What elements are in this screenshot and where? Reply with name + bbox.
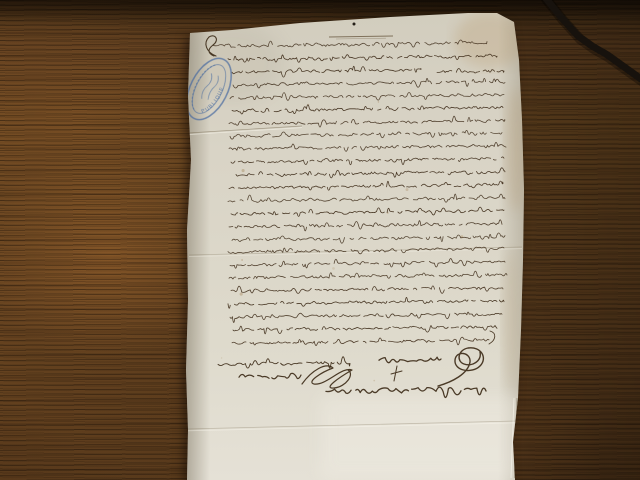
paper-stain xyxy=(180,22,284,102)
foxing-spot xyxy=(373,380,375,382)
foxing-spot xyxy=(378,101,380,103)
foxing-spot xyxy=(242,169,245,172)
paper-stain xyxy=(505,88,527,212)
paper-shadow-wrap: PUBLIQUE xyxy=(0,0,640,480)
foxing-spot xyxy=(406,188,409,191)
foxing-spot xyxy=(332,267,335,270)
photograph-manuscript-on-table: PUBLIQUE xyxy=(0,0,640,480)
paper-bottom-sheen xyxy=(320,396,520,480)
foxing-spot xyxy=(241,259,243,261)
pin-hole xyxy=(353,23,356,26)
paper-stain xyxy=(502,250,520,390)
paper-stain xyxy=(454,12,526,68)
foxing-spot xyxy=(240,293,243,296)
manuscript-paper: PUBLIQUE xyxy=(0,0,640,480)
foxing-spot xyxy=(221,357,222,358)
